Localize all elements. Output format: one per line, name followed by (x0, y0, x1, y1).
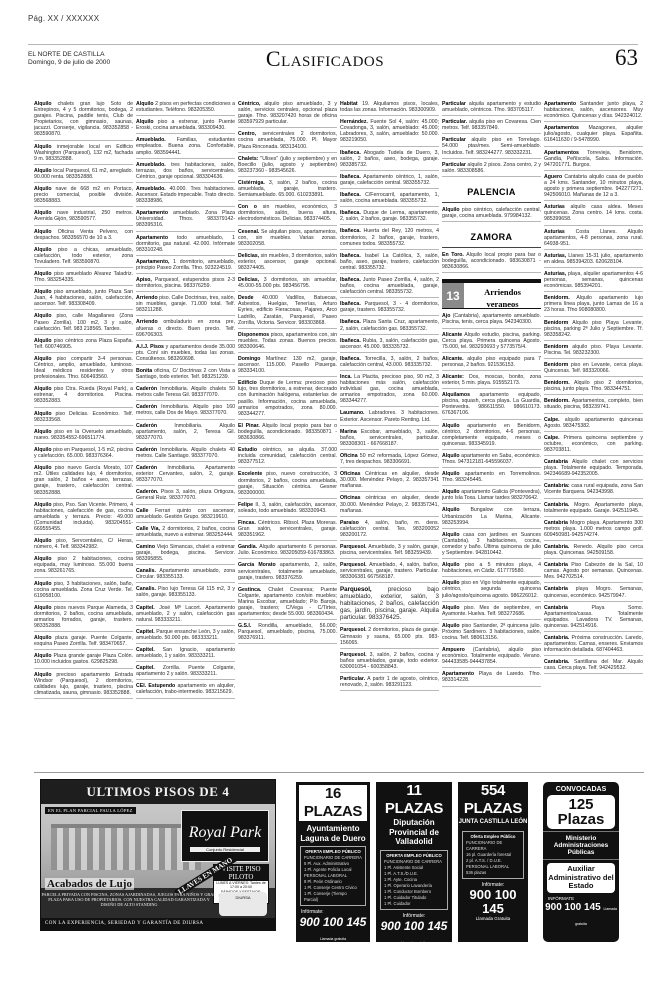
ad-lead-word: Amueblado. (136, 186, 166, 192)
classified-ad: Alquilo piso Santander, 2ª quincena juli… (442, 622, 541, 644)
classified-ad: Alquilo casa con jardines en Suances (Ca… (442, 531, 541, 559)
ad-lead-word: Oficinas (340, 495, 360, 501)
classified-ad: Caderón Inmobiliaria. Apartamento exteri… (136, 464, 235, 486)
ad-lead-word: Domingo (238, 356, 260, 362)
ad-lead-word: Capitel. (136, 647, 155, 653)
classified-ad: Alquilo 2 pisos en perfectas condiciones… (136, 100, 235, 116)
ad-lead-word: Asturias, (544, 271, 566, 277)
ad-lead-word: Alquilo (34, 271, 52, 277)
job-ad-diputacion-valladolid[interactable]: 11 PLAZAS Diputación Provincial de Valla… (376, 782, 452, 942)
ad-lead-word: Particular (442, 137, 466, 143)
classified-ad: Ibañeca. C/Ferrocarril, apartamento, 1, … (340, 191, 439, 207)
classified-ad: Céntrico, alquilo piso amueblado, 3 y sa… (238, 100, 337, 128)
classified-ad: Alquilo piso, calle Magallanes (Zona Pas… (34, 312, 133, 334)
ad-lead-word: G.S.I. (238, 623, 251, 629)
veraneos-ads: Ajo (Cantabria), apartamento amueblado. … (442, 312, 541, 686)
job-ad-line: FUNCIONARIO DE CARRERA (466, 840, 520, 852)
classified-ad: Laumano. Labradores. 3 habitaciones. Ext… (340, 409, 439, 425)
classified-ad: Alquilo apartamento en Torremolinos. Tfn… (442, 470, 541, 486)
region-heading-zamora: ZAMORA (442, 224, 541, 248)
classified-ad: García Morato apartamento, 2, salón, ser… (238, 561, 337, 583)
job-ad-count: 125 (547, 797, 615, 812)
ad-lead-word: Alquilo (442, 453, 460, 459)
classified-ad: Habitat 19. Alquilamos pisos, locales, t… (340, 100, 439, 116)
ad-lead-word: Alquilo (136, 101, 154, 107)
job-ad-lines: FUNCIONARIO DE CARRERA16 pl. Guardería f… (466, 840, 520, 876)
ad-lead-word: Alquilo (34, 289, 52, 295)
ad-lead-word: Alquilamos (442, 392, 470, 398)
job-ad-organization: Diputación Provincial de Valladolid (376, 818, 452, 847)
job-ad-phone[interactable]: 900 100 145 (458, 888, 528, 916)
classified-ad: Alquilo piso Delicias. Económico. Telf. … (34, 410, 133, 426)
classified-ad: Asturias, playa, alquiler apartamentos 4… (544, 270, 643, 292)
show-flat-weekdays: LUNES A VIERNES: Tardes de 17:00 a 20:00 (214, 881, 268, 890)
classified-ad: Con o sin muebles, económico, 3 dormitor… (238, 203, 337, 225)
luxury-finish-label: Acabados de Lujo (45, 878, 134, 890)
ad-lead-word: Capitel. (136, 665, 155, 671)
classified-ad: En Toro. Alquilo local propio para bar o… (442, 251, 541, 273)
classified-ad: Oficina 50 m2 reformada, López Gómez, 7,… (340, 452, 439, 468)
ad-lead-word: Ibañeca. (340, 253, 361, 259)
job-ad-phone[interactable]: 900 100 145 Llamada gratuita (543, 901, 619, 931)
classified-ad: Estudio céntrico, se alquila. 37.000 inc… (238, 446, 337, 468)
phone-number: 900 100 145 (300, 915, 367, 929)
ad-lead-word: Arriendo (136, 319, 158, 325)
classified-ad: Cantabria Piso Cabezón de la Sal, 10 cam… (544, 561, 643, 583)
ad-text: II, 3, salón, calefacción, ascensor, sol… (238, 502, 337, 514)
classified-ad: Parquesol. 2 dormitorios, plaza de garaj… (340, 626, 439, 648)
classified-ad: Parquesol, precioso bajo amueblado, exte… (340, 585, 439, 624)
job-ad-position: Auxiliar Administrativo del Estado (547, 863, 615, 893)
ad-lead-word: Gandía. (238, 544, 257, 550)
job-ad-headline: 16 PLAZAS (298, 784, 368, 822)
classified-ad: Particular. alquila piso en Covaresa. Ci… (442, 118, 541, 134)
ad-lead-word: Benidorm (544, 362, 568, 368)
classified-ad: Alquilo piso, 3 habitaciones, salón, bañ… (34, 580, 133, 602)
ad-lead-word: Parquesol. (340, 652, 367, 658)
column-6: Apartamento Santander junto playa, 2 hab… (544, 100, 643, 768)
ad-lead-word: Inca. (340, 374, 352, 380)
classified-ad: Alquilo piso Ctra. Rueda (Royal Park), a… (34, 385, 133, 407)
ad-lead-word: Caderón (136, 404, 157, 410)
royal-park-footer: CON LA EXPERIENCIA, SERIEDAD Y GARANTÍA … (41, 918, 275, 930)
classified-ad: Alquilo pisos nuevos Parque Alameda, 3 d… (34, 604, 133, 632)
ad-lead-word: Alquilo (34, 229, 52, 235)
classified-ad: Alquilo precioso apartamento Entrada Win… (34, 671, 133, 699)
royal-park-ad[interactable]: ULTIMOS PISOS DE 4 DORMITORIOS EN EL PLA… (40, 779, 276, 931)
ad-lead-word: Benidorm (544, 320, 568, 326)
job-ad-ministerio-administraciones[interactable]: CONVOCADAS 125 Plazas Ministerio Adminis… (543, 782, 619, 942)
classified-ad: Apartamento Playa de Laredo. Tfno. 98331… (442, 670, 541, 686)
classified-ad: Alquilo piso amueblado, junto Plaza San … (34, 288, 133, 310)
classified-ad: Alquilo nave industrial, 250 metros. Ave… (34, 209, 133, 225)
ad-lead-word: Particular (442, 101, 466, 107)
ad-lead-word: Caderón (136, 386, 157, 392)
ad-lead-word: Delicias, (238, 253, 259, 259)
ad-lead-word: Chalets: (238, 156, 258, 162)
classified-ad: Alquilo inmejorable local en Edificio Wa… (34, 143, 133, 165)
ad-lead-word: Amueblado. (136, 137, 166, 143)
classified-ad: Alquilo apartamento en Benidorm, céntric… (442, 422, 541, 450)
classified-ad: Ibañeca. Junto Paseo Zorrilla, 4, salón,… (340, 276, 439, 298)
classified-ad: Alquilo piso en la Overuelo amueblado, n… (34, 428, 133, 444)
classified-ad: Cantabria. Renedo. Alquilo piso cerca pl… (544, 543, 643, 559)
ad-text: Ferrari quinto con ascensor, amueblado. … (136, 508, 235, 520)
job-ad-lines: FUNCIONARIO DE CARRERA1 Pl. Asistente So… (384, 859, 444, 907)
classified-ad: Domingo Martínez: 130 m2, garaje, ascens… (238, 355, 337, 377)
classified-ad: Cantabria: casa rural equipada, zona San… (544, 482, 643, 498)
job-ad-phone[interactable]: 900 100 145 Llamada gratuita (296, 915, 370, 942)
ad-lead-word: Alquilo (34, 247, 52, 253)
classified-ad: Alquilo piso amueblado Alvarez Taladriz.… (34, 270, 133, 286)
job-ad-line: FUNCIONARIO DE CARRERA (384, 859, 444, 865)
classified-ad: Cantabria. Próxima construcción. Laredo,… (544, 634, 643, 656)
ad-lead-word: Apartamentos (544, 150, 579, 156)
ad-text: Duque de Lerma: precioso piso lujo, tres… (238, 380, 337, 416)
classified-ad: Hernández. Fuente Sol 4, salón: 45.000; … (340, 118, 439, 146)
ad-lead-word: Caderón (136, 423, 157, 429)
ad-lead-word: Apartamentos (544, 125, 579, 131)
ad-lead-word: Alquilo (442, 471, 460, 477)
section-label-line-1: Arriendos (464, 286, 541, 298)
phone-note: Llamada gratuita (401, 941, 427, 943)
classified-ad: Oficinas Céntricas en alquiler, desde 30… (340, 470, 439, 492)
classified-ad: Ibañeca. Plaza Santa Cruz, apartamento, … (340, 318, 439, 334)
ad-lead-word: Particular (442, 162, 466, 168)
ad-lead-word: Asturias, (544, 253, 566, 259)
classified-ad: Delicias, 3 dormitorios, sin amueblar, 4… (238, 276, 337, 292)
ad-lead-word: Camino (136, 544, 155, 550)
royal-park-brand-tag: Conjunto Residencial (190, 847, 260, 852)
ad-lead-word: Cantabria. (544, 544, 569, 550)
ad-lead-word: Felipe (238, 502, 253, 508)
classified-ad: Amueblado. Familias, estudiantes emplead… (136, 136, 235, 158)
ad-lead-word: Alquilo (34, 210, 52, 216)
ad-text: 40.000 Vadillos, Batuecas, Asbestos, Hue… (238, 295, 337, 325)
classified-ad: Alquilo piso nuevo García Morato, 107 m2… (34, 464, 133, 498)
ad-lead-word: Centro, (238, 131, 256, 137)
ad-lead-word: Alquilo (442, 489, 460, 495)
ad-lead-word: Capitel. (136, 629, 155, 635)
ad-lead-word: Alquilo (34, 605, 52, 611)
ad-lead-word: En Toro. (442, 252, 464, 258)
job-ad-box-title: OFERTA EMPLEO PÚBLICO (384, 853, 444, 859)
ad-lead-word: Cantabria. (544, 659, 569, 665)
ad-lead-word: Oficina (340, 453, 358, 459)
classified-ad: Caderón. Pisos 3, salón, plaza Ortigoza,… (136, 488, 235, 504)
classified-ad: G.S.I. Rondilla, amueblado, 56.000; Parq… (238, 622, 337, 644)
classified-ad: Alquilo apartamento Galicia (Pontevedra)… (442, 488, 541, 504)
ad-lead-word: Canalis. (136, 586, 156, 592)
job-ad-line: 1 Pl. Conserje (Tiempo Parcial) (304, 891, 362, 903)
ad-lead-word: Paraíso (340, 520, 359, 526)
ad-lead-word: Estudio (238, 447, 257, 453)
job-ad-phone[interactable]: 900 100 145 Llamada gratuita (376, 919, 452, 943)
classified-ad: Apartamento amueblado. Zona Plaza Univer… (136, 209, 235, 231)
job-ad-details: OFERTA EMPLEO PÚBLICO FUNCIONARIO DE CAR… (300, 846, 366, 906)
royal-park-headline: ULTIMOS PISOS DE 4 DORMITORIOS (41, 780, 275, 804)
ad-text: alquilo apartamento quincenas Agosto. 98… (544, 417, 643, 429)
classified-ad: Canalis. Apartamento amueblado, zona Cir… (136, 567, 235, 583)
job-ad-organization: JUNTA CASTILLA LEÓN (458, 818, 528, 828)
ad-lead-word: Capitel. (136, 605, 155, 611)
classified-ad: Alicante. alquilo piso equipado para 7 p… (442, 355, 541, 371)
classified-ad: Cantabria Mogro playa. Apartamento 300 m… (544, 519, 643, 541)
ad-lead-word: Habitat (340, 101, 358, 107)
job-ad-lines: FUNCIONARIO DE CARRERA5 Pl. Aux. Adminis… (304, 855, 362, 903)
ad-lead-word: Canalis. (136, 568, 156, 574)
job-ad-headline: 125 Plazas (547, 795, 615, 829)
classified-ad: Caderón Inmobiliaria. Alquilo apartament… (136, 422, 235, 444)
ad-lead-word: Alicante: (442, 374, 464, 380)
classified-ad: Apiso, Parquesol, estupendos pisos 2-3 d… (136, 276, 235, 292)
job-ad-organization: Ayuntamiento Laguna de Duero (296, 824, 370, 843)
classified-ad: Excelente piso, nuevo construcción, 3 do… (238, 470, 337, 498)
page-number: 63 (615, 45, 638, 71)
ad-lead-word: Alquilo (34, 168, 52, 174)
classified-ad: Alquilo piso céntrico zona Plaza España.… (34, 337, 133, 353)
ad-text: (Cantabria), apartamento amueblado. Pisc… (442, 313, 541, 325)
ad-lead-word: Alquilo (34, 411, 52, 417)
ad-lead-word: Gestinca. (238, 587, 261, 593)
ad-lead-word: Cesenal. (238, 229, 259, 235)
header-divider (28, 44, 638, 45)
ad-lead-word: Ampuero (442, 647, 465, 653)
classified-ad: Ibañeca. Parquesol, 3 - 4 dormitorios, g… (340, 300, 439, 316)
classified-ad: Particular. A partir 1 de agosto, céntri… (340, 675, 439, 691)
ad-lead-word: Alquilo (34, 386, 52, 392)
classified-ad: Benidorm piso en Levante, cerca playa. Q… (544, 361, 643, 377)
ad-lead-word: Alicante (442, 332, 462, 338)
ad-lead-word: Alquilo (34, 672, 52, 678)
column-5-top-ads: Particular alquila apartamento y estudio… (442, 100, 541, 177)
classified-ad: Paraíso 4, salón, baño, m. dens. calefac… (340, 519, 439, 541)
classified-ad: Alquilo piso, Pso. San Vicente. Primero,… (34, 501, 133, 535)
job-ad-details: Oferta Empleo Público FUNCIONARIO DE CAR… (462, 831, 524, 879)
classified-ad: Alquilo local Parquesol, 61 m2, arreglad… (34, 167, 133, 183)
ad-lead-word: Parquesol. (340, 562, 367, 568)
ad-lead-word: Apartamento (136, 210, 168, 216)
classified-ad: Apartamentos Torrevieja, Benidorm, Gandí… (544, 149, 643, 171)
ad-lead-word: Alquilo (34, 429, 52, 435)
ad-lead-word: Apiso, (136, 277, 152, 283)
ad-lead-word: Hernández. (340, 119, 368, 125)
classified-ad: Chalets: "Ulises" (julio y septiembre) y… (238, 155, 337, 177)
ad-lead-word: Benidorm (544, 344, 568, 350)
classified-ad: Calle Vía, 2 dormitorios, 2 baños, cocin… (136, 525, 235, 541)
classified-ad: A.I.J. Pisos y apartamentos desde 35.000… (136, 343, 235, 365)
job-ad-box-title: Oferta Empleo Público (466, 834, 520, 840)
ad-lead-word: Alquilo (34, 338, 52, 344)
classified-ad: Parquesol. Amueblado, 3 y salón, garaje,… (340, 543, 439, 559)
royal-park-subheadline: EN EL PLAN PARCIAL PAULA LÓPEZ (45, 807, 136, 814)
classified-ad: Asturias, Llanes 15-31 julio, apartament… (544, 252, 643, 268)
ad-lead-word: Alquilo (34, 653, 52, 659)
ad-lead-word: Ibañeca. (340, 301, 361, 307)
section-number: 13 (442, 283, 464, 308)
ad-lead-word: Alquilo (442, 423, 460, 429)
ad-lead-word: Cantabria (544, 459, 568, 465)
ad-lead-word: Apartamento (442, 671, 474, 677)
classified-ad: Inca. La Placita, precioso piso, 90 m2, … (340, 373, 439, 407)
classified-ad: Arriendo ombuladurio en zona pre, afuera… (136, 318, 235, 340)
ad-lead-word: Asturias (544, 204, 565, 210)
ad-lead-word: Alquilo (34, 447, 52, 453)
section-banner-arriendos-veraneos: 13 Arriendos veraneos (442, 279, 541, 309)
page-reference: Pág. XX / XXXXXX (28, 14, 99, 23)
classified-ad: Alquilo piso a chicas, amueblado, calefa… (34, 246, 133, 268)
job-ad-laguna-de-duero[interactable]: 16 PLAZAS Ayuntamiento Laguna de Duero O… (296, 782, 370, 942)
classified-ad: Alquilo piso 2 habitaciones, cocina equi… (34, 555, 133, 577)
ad-lead-word: Alquilo (34, 101, 52, 107)
classified-ad: Gestinca. Chalet Covaresa; Puente Colgan… (238, 586, 337, 620)
classified-ad: Amueblado. 40.000. Tres habitaciones. As… (136, 185, 235, 207)
ad-lead-word: Ibañeca. (340, 174, 361, 180)
ad-lead-word: Cantabria: (544, 483, 570, 489)
classified-ad: Cantabria Playa Somo. Apartamentos/casas… (544, 604, 643, 632)
classified-ad: El Pinar. Alquilo local propio para bar … (238, 422, 337, 444)
ad-lead-word: Ibañeca. (340, 192, 361, 198)
job-ad-organization: Ministerio Administraciones Públicas (543, 831, 619, 860)
ad-lead-word: Alquilo (34, 635, 52, 641)
ad-lead-word: Arriendo (136, 295, 158, 301)
ad-lead-word: Alquilo (34, 581, 52, 587)
section-label: Arriendos veraneos (464, 283, 541, 308)
classified-ad: Fincas. Céntricos. Ribsol. Plaza Moreras… (238, 519, 337, 541)
ad-lead-word: Ibañeca. (340, 228, 361, 234)
ad-lead-word: Laumano. (340, 410, 365, 416)
ad-lead-word: Parquesol. (340, 544, 367, 550)
ad-lead-word: Cantabria (544, 562, 568, 568)
ad-lead-word: Alquilo (34, 313, 52, 319)
job-ad-line: 1 Pl. Cuidador (384, 901, 444, 907)
ad-lead-word: Alquilo (34, 556, 52, 562)
classified-ad: Capitel. Zorrilla. Puente Colgante, apar… (136, 664, 235, 680)
classified-ad: Alquilo piso a estrenar, junto Puente Er… (136, 118, 235, 134)
classified-ad: Gandía. Alquilo apartamento 6 personas. … (238, 543, 337, 559)
ad-lead-word: Cantabria (544, 605, 568, 611)
ad-lead-word: Fincas. (238, 520, 256, 526)
ad-lead-word: Alquilo (34, 502, 52, 508)
ad-lead-word: El Pinar. (238, 423, 260, 429)
classified-ad: Alquilo piso en Parquesol, 1-5 m2, pisci… (34, 446, 133, 462)
phone-note: Llamada gratuita (320, 937, 346, 941)
classified-ad: Aguero Cantabria alquilo casa de pueblo … (544, 173, 643, 201)
ad-lead-word: Caderón. (136, 489, 158, 495)
ad-lead-word: Alquilo (442, 623, 460, 629)
royal-park-logo: Royal Park Conjunto Residencial (181, 810, 269, 862)
ad-lead-word: García Morato (238, 562, 276, 568)
ad-lead-word: Benidorm. (544, 398, 570, 404)
job-ad-headline: 11 PLAZAS (376, 782, 452, 818)
job-ad-plazas-word: Plazas (547, 812, 615, 827)
classified-ad: Capitel. San Ignacio, apartamento amuebl… (136, 646, 235, 662)
ad-lead-word: Cantabria (544, 586, 568, 592)
classified-ad: Oficinas céntricas en alquiler, desde 30… (340, 494, 439, 516)
classified-ad: Alquilo piso compartir 3-4 personas. Cén… (34, 355, 133, 383)
classified-ad: Edificio Duque de Lerma: precioso piso l… (238, 379, 337, 420)
ad-lead-word: Alicante. (442, 356, 464, 362)
classified-ad: Particular alquilo 2 pisos. Zona centro,… (442, 161, 541, 177)
ad-lead-word: Benidorm. (544, 295, 570, 301)
ad-lead-word: Alquilo (442, 605, 460, 611)
column-4: Habitat 19. Alquilamos pisos, locales, t… (340, 100, 439, 768)
ad-lead-word: Ibañeca. (340, 277, 361, 283)
classified-ad: Apartamento Santander junto playa, 2 hab… (544, 100, 643, 122)
classified-ad: Capitel. Parque ensanche León, 3 y salón… (136, 628, 235, 644)
zamora-ads: En Toro. Alquilo local propio para bar o… (442, 251, 541, 273)
ad-lead-word: Calpe. (544, 417, 560, 423)
classified-ad: Alquilo piso a 5 minutos playa, 4 habita… (442, 561, 541, 577)
classified-ad: Ampuero (Cantabria), alquilo piso económ… (442, 646, 541, 668)
ad-lead-word: Alquilo (442, 507, 460, 513)
classified-ad: CEI. Estupendo apartamento en alquiler, … (136, 682, 235, 698)
ad-text: La Placita, precioso piso, 90 m2, 3 habi… (340, 374, 439, 404)
palencia-ads: Alquilo piso céntrico, calefacción centr… (442, 206, 541, 222)
ad-lead-word: Ibañeca. (340, 319, 361, 325)
ad-lead-word: Apartamento, (136, 259, 169, 265)
column-3: Céntrico, alquilo piso amueblado, 3 y sa… (238, 100, 337, 768)
ad-lead-word: Ibañeca. (340, 210, 361, 216)
classified-ad: Alquilamos apartamento equipado, piscina… (442, 391, 541, 419)
classified-ad: Benidorm. Alquilo apartamento lujo prime… (544, 294, 643, 316)
ad-lead-word: Disponemos (238, 332, 269, 338)
classified-ad: Arriendo piso. Calle Doctrinas, tres, sa… (136, 294, 235, 316)
classified-ad: Bonita oficina, C/ Doctrinas 2 con Vista… (136, 367, 235, 383)
classified-ad: Parquesol. Amueblado, 4, salón, baños, s… (340, 561, 439, 583)
classified-ad: Caderón Inmobiliaria. Alquilo piso 160 m… (136, 403, 235, 419)
classified-ad: Cantabria. Mogro. Apartamento playa, tot… (544, 501, 643, 517)
phone-number: 900 100 145 (381, 919, 448, 933)
phone-number: 900 100 145 (470, 887, 517, 916)
ad-lead-word: Parquesol. (340, 627, 367, 633)
ad-lead-word: Excelente (238, 471, 262, 477)
column-2: Alquilo 2 pisos en perfectas condiciones… (136, 100, 235, 768)
ad-lead-word: Alquilo (34, 538, 52, 544)
ad-text: chalets gran lujo Soto de Entrepinos, 4 … (34, 101, 133, 137)
classified-ad: Parquesol. 3, salón, 2 baños, cocina y b… (340, 651, 439, 673)
classified-ad: Cesenal. Se alquilan pisos, apartamentos… (238, 228, 337, 250)
phone-note: Llamada Gratuita (458, 916, 528, 921)
column-5: Particular alquila apartamento y estudio… (442, 100, 541, 768)
classified-ad: Desde 40.000 Vadillos, Batuecas, Asbesto… (238, 294, 337, 328)
ad-lead-word: Céntrico, (238, 101, 260, 107)
ad-lead-word: Alquilo (34, 356, 52, 362)
royal-park-brand: Royal Park (182, 823, 268, 843)
classified-ad: Alquilo Bungalow con terraza, Urbanizaci… (442, 506, 541, 528)
classified-ad: Ibañeca. Isabel La Católica, 3, salón, b… (340, 252, 439, 274)
classified-ad: Alquilo plaza garaje. Puente Colgante, e… (34, 634, 133, 650)
ad-lead-word: Delicias, (238, 277, 259, 283)
job-ad-line: 536 plazas (466, 870, 520, 876)
classified-ad: Alquilo nave de 668 m2 en Portaco, preci… (34, 185, 133, 207)
classified-ad: Cistérniga. 3, salón, 2 baños, cocina am… (238, 179, 337, 201)
ad-lead-word: Alquilo (136, 119, 154, 125)
ad-lead-word: Alquilo (442, 562, 460, 568)
classified-ad: Ibañeca. Torrecilla, 3, salón, 2 baños, … (340, 355, 439, 371)
classified-ad: Asturias alquilo casa aldea. Meses quinc… (544, 203, 643, 225)
ad-lead-word: Particular. (442, 119, 467, 125)
classified-ad: Apartamento, 1 dormitorio, amueblado, pr… (136, 258, 235, 274)
classified-ad: Delicias, sin muebles, 3 dormitorios, sa… (238, 252, 337, 274)
classified-ad: Calle Ferrari quinto con ascensor, amueb… (136, 507, 235, 523)
ad-lead-word: Marina (340, 429, 357, 435)
ad-lead-word: Amueblado. (136, 162, 166, 168)
job-ad-junta-castilla-leon[interactable]: 554 PLAZAS JUNTA CASTILLA LEÓN Oferta Em… (458, 782, 528, 942)
classified-ad: Ibañeca. Huerta del Rey, 120 metros, 4 d… (340, 227, 439, 249)
ad-lead-word: Alquilo (34, 144, 52, 150)
classified-ad: Calpe. Primera quincena septiembre y oct… (544, 434, 643, 456)
